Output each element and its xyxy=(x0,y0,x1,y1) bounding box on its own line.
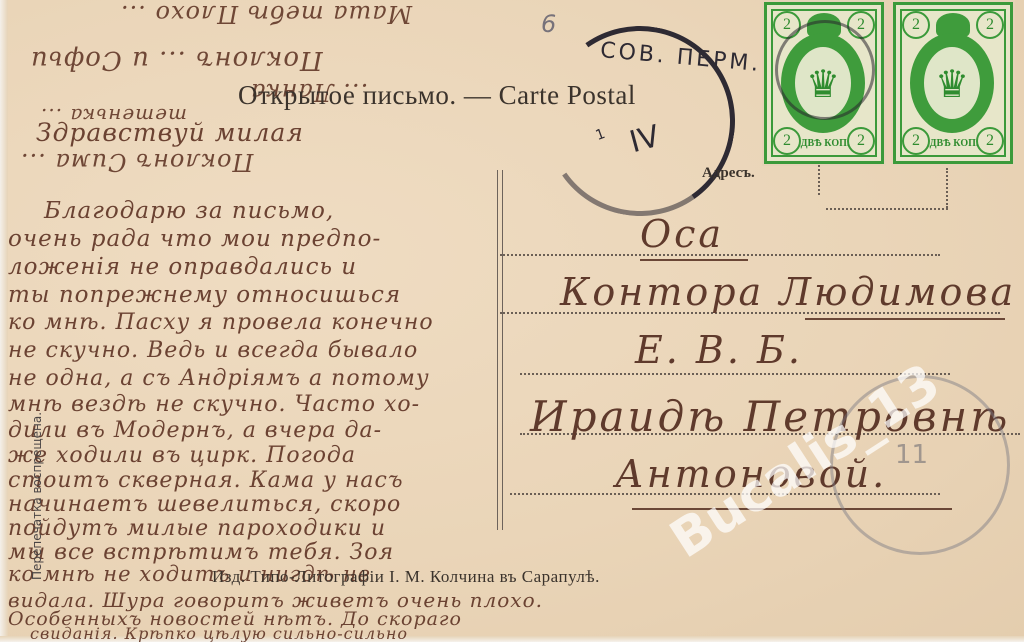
message-line: ложенія не оправдались и xyxy=(8,254,357,280)
stamp-value-text: ДВѢ КОП. xyxy=(926,138,982,149)
stamp-denomination: 2 xyxy=(976,11,1004,39)
message-greeting: Здравствуй милая xyxy=(36,118,304,147)
address-city: Оса xyxy=(640,212,724,256)
stamp-box-guide xyxy=(826,208,948,210)
reprint-notice: Перепечатка воспрещена. xyxy=(30,412,44,580)
double-eagle-icon: ♛ xyxy=(929,57,975,111)
postcard: Маша тебѣ Плохо ... Поклонъ ... и Софьи … xyxy=(0,0,1024,642)
address-label: Адресъ. xyxy=(702,165,755,182)
message-line: дили въ Модернъ, а вчера да- xyxy=(8,418,382,443)
message-line: же ходили въ цирк. Погода xyxy=(8,443,356,468)
stamp-denomination: 2 xyxy=(902,11,930,39)
address-underline xyxy=(805,318,1005,320)
message-line: очень рада что мои предпо- xyxy=(8,226,381,252)
cancel-mark xyxy=(775,20,875,120)
address-title: Е. В. Б. xyxy=(635,328,803,372)
upside-down-line: Маша тебѣ Плохо ... xyxy=(120,0,412,28)
postage-stamp: ♛ 2 2 2 2 ДВѢ КОП. xyxy=(893,2,1013,164)
message-line: ко мнѣ. Пасху я провела конечно xyxy=(8,310,434,335)
address-office: Контора Людимова xyxy=(560,270,1016,314)
message-line: свиданія. Крѣпко цѣлую сильно-сильно xyxy=(30,624,408,642)
message-line: начинаетъ шевелиться, скоро xyxy=(8,492,401,517)
message-line: Поклонъ Сима ... xyxy=(20,148,253,176)
message-line: Благодарю за письмо, xyxy=(44,198,334,224)
stamp-box-guide xyxy=(818,165,820,195)
arrival-postmark-day: 11 xyxy=(895,440,928,470)
message-line: стоитъ скверная. Кама у насъ xyxy=(8,468,403,493)
card-edge-left xyxy=(0,0,8,642)
message-line: не скучно. Ведь и всегда бывало xyxy=(8,338,418,363)
message-line: ты попрежнему относишься xyxy=(8,282,401,308)
message-line: пойдутъ милые пароходики и xyxy=(8,516,386,541)
message-line: мнѣ вездѣ не скучно. Часто хо- xyxy=(8,392,420,417)
stamp-box-guide xyxy=(946,168,948,208)
pencil-number: 6 xyxy=(541,10,556,38)
message-line: не одна, а съ Андріямъ а потому xyxy=(8,366,430,391)
publisher-imprint: Изд. Типо-Литографіи I. M. Колчина въ Са… xyxy=(212,567,600,587)
address-underline xyxy=(640,259,748,261)
stamp-value-text: ДВѢ КОП. xyxy=(797,138,853,149)
center-divider xyxy=(497,170,503,530)
upside-down-line: Поклонъ ... и Софьи xyxy=(30,45,323,75)
